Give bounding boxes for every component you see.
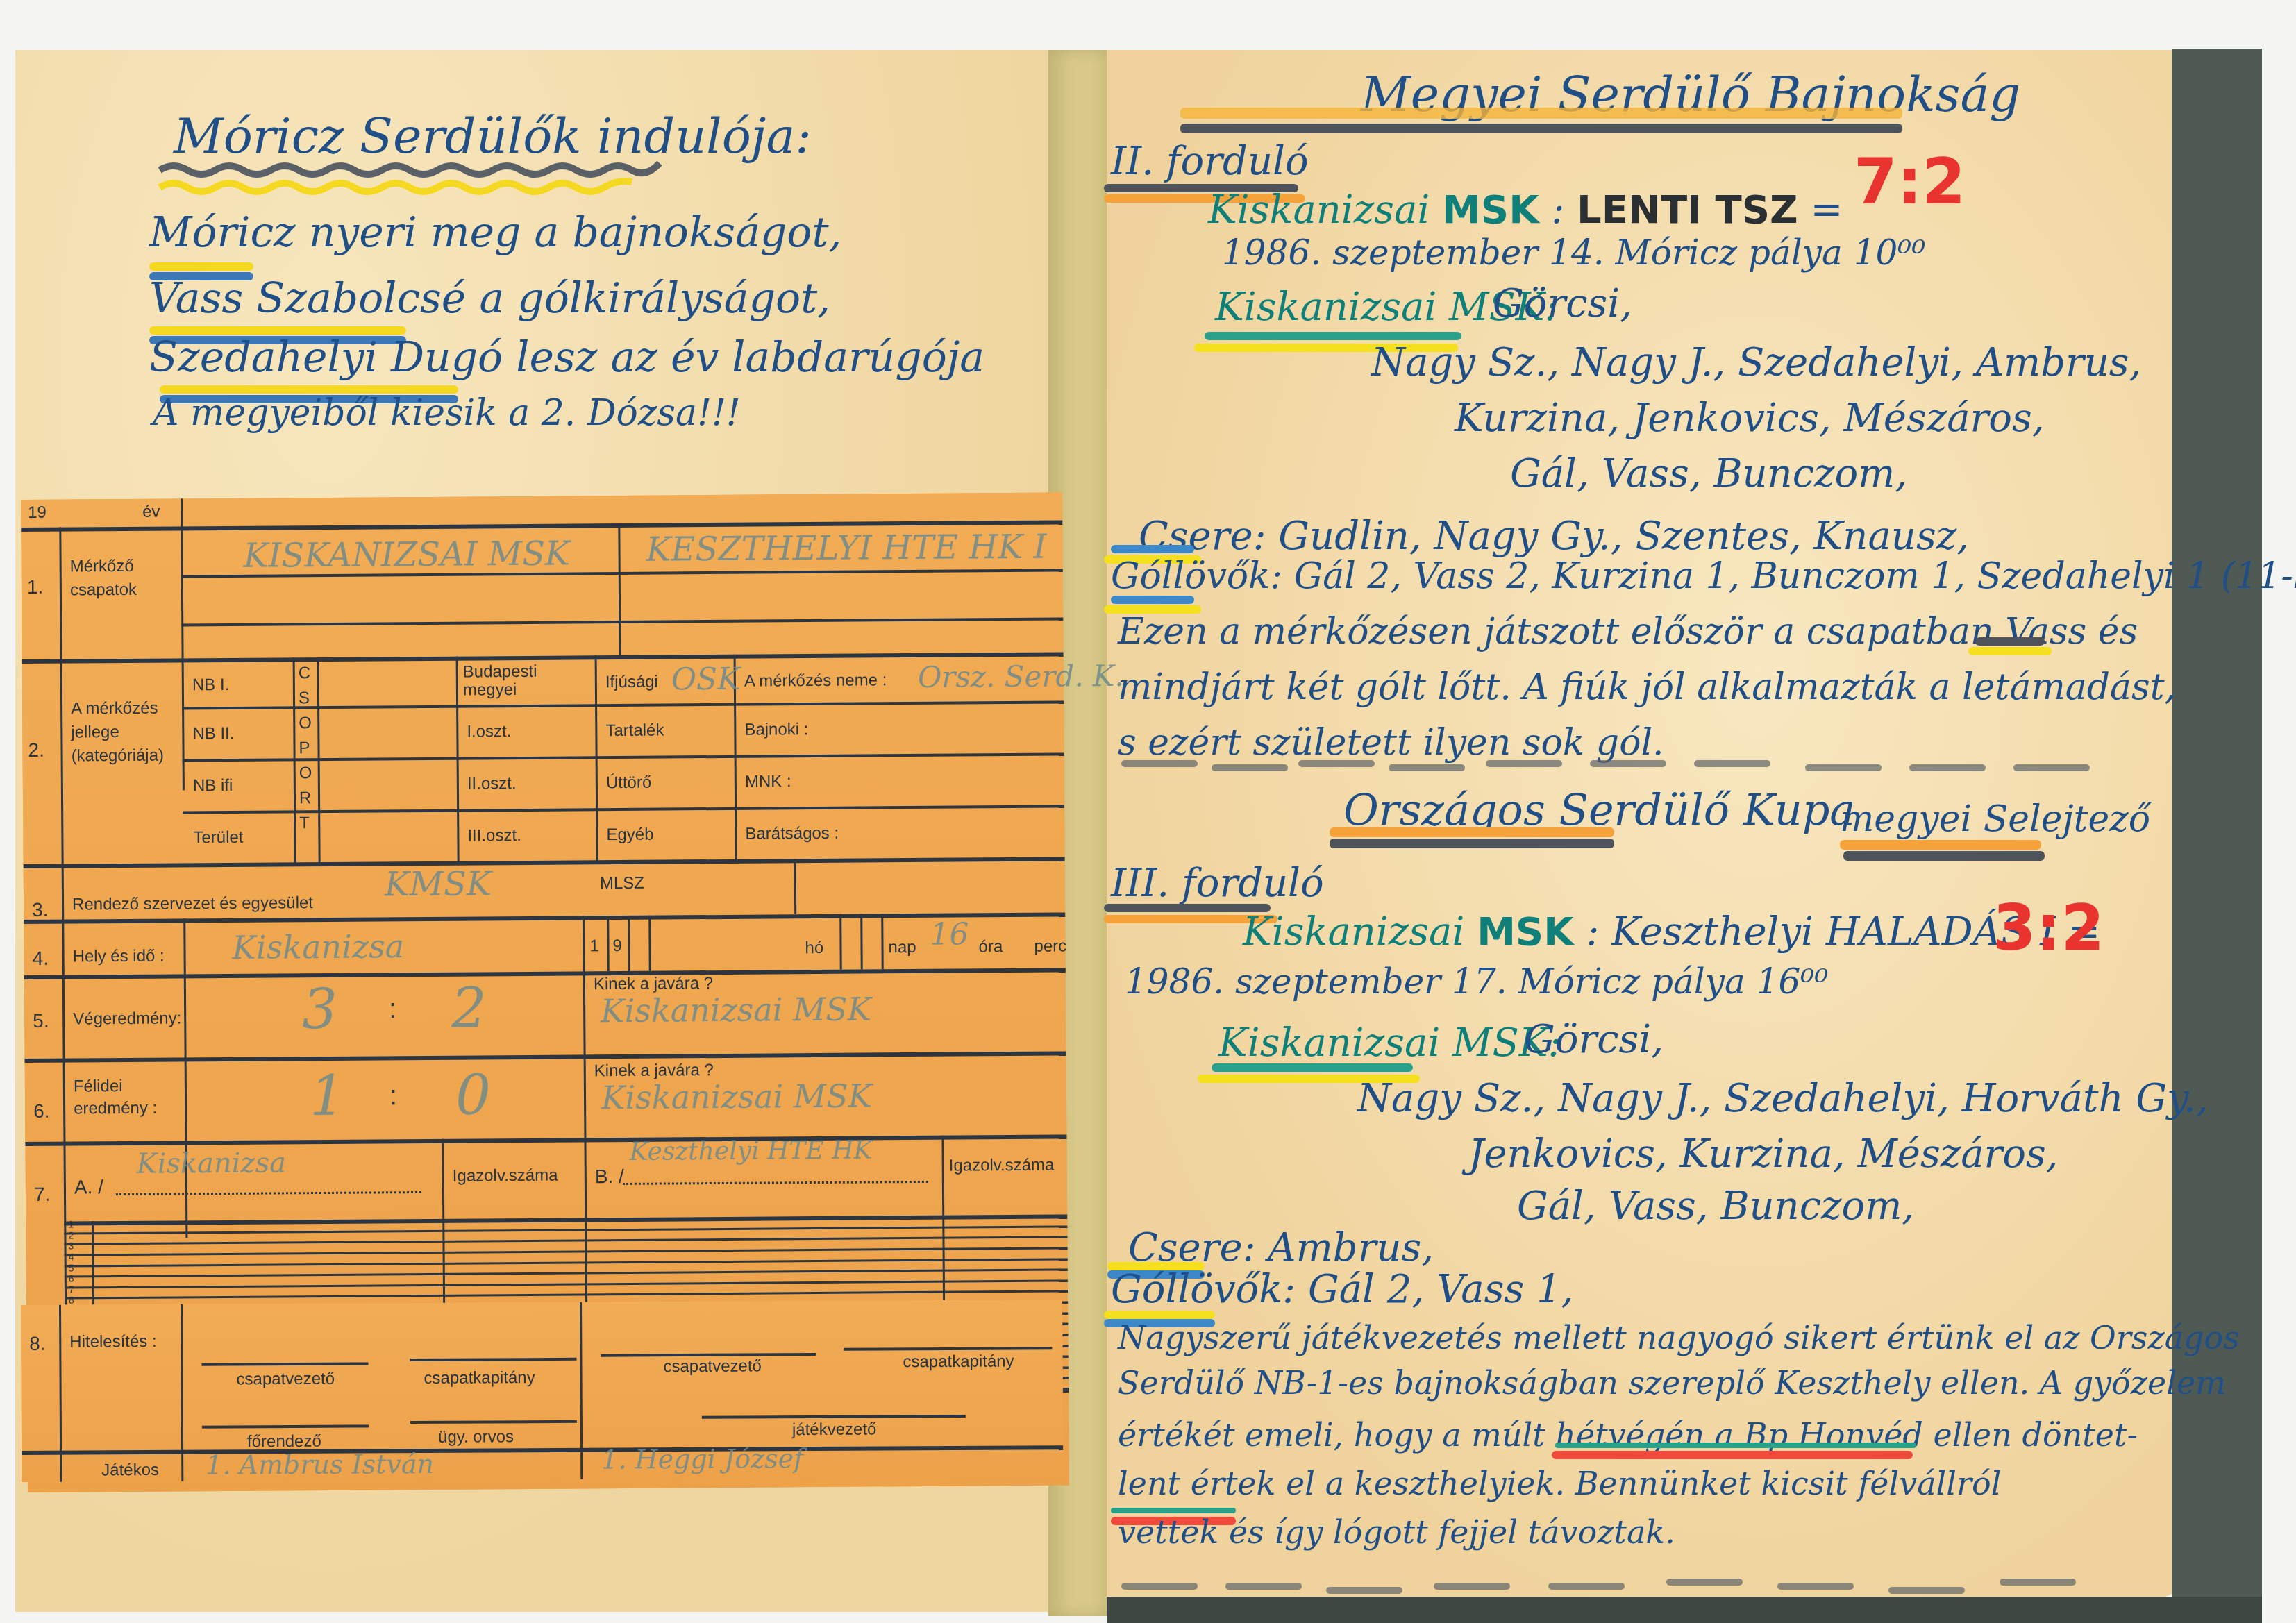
highlight: [1111, 545, 1194, 553]
highlight: [1111, 1508, 1236, 1513]
comment-line: Nagyszerű játékvezetés mellett nagyogó s…: [1118, 1319, 2240, 1356]
ev-label: év: [142, 503, 160, 522]
lineup-line: Gál, Vass, Bunczom,: [1510, 451, 1907, 496]
organizer-written: KMSK: [385, 864, 492, 904]
comment-line: lent értek el a keszthelyiek. Bennünket …: [1118, 1465, 2001, 1502]
half-score-sep: :: [389, 1080, 397, 1111]
dash-mark: [1434, 1583, 1510, 1590]
player-row-number: 4: [69, 1251, 74, 1262]
dash-mark: [1590, 760, 1666, 767]
dash-mark: [1389, 764, 1465, 771]
highlight: [1552, 1451, 1913, 1459]
dash-mark: [1486, 760, 1562, 767]
left-note-line-3: Szedahelyi Dugó lesz az év labdarúgója: [149, 333, 984, 382]
dash-mark: [1121, 760, 1198, 767]
scorers-label: Góllövők:: [1111, 555, 1282, 597]
comment-line: s ezért született ilyen sok gól.: [1118, 722, 1664, 764]
row7-num: 7.: [34, 1184, 51, 1206]
dash-mark: [1298, 760, 1375, 767]
highlight: [1111, 596, 1194, 604]
half-favor-written: Kiskanizsai MSK: [601, 1077, 872, 1116]
lineup-line: Görcsi,: [1524, 1017, 1664, 1062]
highlight: [1180, 124, 1902, 133]
sig-jatekvezeto: játékvezető: [792, 1420, 877, 1440]
player-row-number: 2: [68, 1229, 74, 1241]
cat-uttoro: Úttörő: [606, 773, 652, 793]
round-2-score: 7:2: [1854, 146, 1966, 219]
cup-subtitle: megyei Selejtező: [1840, 798, 2150, 840]
cat-nb1: NB I.: [192, 675, 230, 695]
cat-egyeb: Egyéb: [606, 825, 653, 845]
round-3-score: 3:2: [1993, 892, 2104, 965]
highlight: [149, 262, 253, 271]
team-b-name-written: Keszthelyi HTE HK: [629, 1136, 872, 1166]
cat-ifjusagi: Ifjúsági: [605, 673, 658, 693]
away-team: Keszthelyi HALADÁS I: [1611, 909, 2055, 955]
round-3-fixture: Kiskanizsai MSK : Keszthelyi HALADÁS I =: [1243, 909, 2100, 955]
equals-sign: =: [1810, 187, 1843, 233]
lineup-label: Kiskanizsai MSK:: [1218, 1020, 1561, 1066]
scorers-list: Gál 2, Vass 2, Kurzina 1, Bunczom 1, Sze…: [1294, 555, 2296, 597]
row3-label: Rendező szervezet és egyesület: [72, 893, 313, 914]
player-row-number: 6: [69, 1273, 74, 1284]
highlight: [1330, 827, 1614, 837]
cat-nb2: NB II.: [192, 724, 234, 743]
cat-oszt1: I.oszt.: [467, 722, 511, 741]
player-b-written: 1. Heggi József: [601, 1443, 803, 1475]
dash-mark: [2000, 1579, 2076, 1586]
dash-mark: [1777, 1583, 1854, 1590]
player-row-number: 8: [69, 1295, 74, 1306]
player-row-number: 7: [69, 1284, 74, 1295]
fixture-separator: :: [1551, 187, 1564, 233]
notebook-cover-bottom: [1107, 1597, 2262, 1623]
sig-a-csapatkapitany: csapatkapitány: [424, 1368, 535, 1388]
dash-mark: [1326, 1587, 1402, 1594]
year-digit-1: 1: [589, 936, 599, 956]
home-team-abbr: MSK: [1477, 909, 1573, 955]
dash-mark: [1909, 764, 1986, 771]
cat-nbifi: NB ifi: [193, 776, 233, 796]
left-note-line-1: Móricz nyeri meg a bajnokságot,: [149, 208, 842, 257]
highlight: [1104, 1311, 1215, 1319]
highlight: [1212, 1063, 1413, 1072]
team-a-name-written: Kiskanizsa: [137, 1147, 287, 1180]
final-score-a: 3: [302, 977, 338, 1041]
row5-label: Végeredmény:: [73, 1009, 181, 1029]
round-2-scorers: Góllövők: Gál 2, Vass 2, Kurzina 1, Bunc…: [1111, 555, 2296, 597]
sig-a-csapatvezeto: csapatvezető: [236, 1370, 335, 1390]
away-team: LENTI TSZ: [1577, 187, 1798, 233]
row2-label: A mérkőzés jellege (kategóriája): [71, 696, 183, 768]
match-type-label: A mérkőzés neme :: [744, 671, 887, 691]
month-label: hó: [805, 939, 823, 958]
player-row-number: 1: [68, 1218, 74, 1229]
csoport-vertical-label: CSOPORT: [299, 661, 314, 836]
sig-ugy-orvos: ügy. orvos: [438, 1427, 514, 1447]
final-favor-written: Kiskanizsai MSK: [601, 990, 871, 1029]
type-mnk: MNK :: [745, 772, 791, 791]
id-number-header-a: Igazolv.száma: [453, 1166, 558, 1186]
highlight: [1840, 840, 2041, 850]
team-b-label: B. /: [595, 1166, 624, 1188]
dash-mark: [1225, 1583, 1302, 1590]
highlight: [1843, 851, 2045, 861]
round-2-date: 1986. szeptember 14. Móricz pálya 10⁰⁰: [1222, 233, 1925, 273]
player-a-written: 1. Ambrus István: [206, 1449, 434, 1481]
type-bajnoki: Bajnoki :: [744, 720, 808, 740]
row5-num: 5.: [33, 1010, 49, 1032]
id-number-header-b: Igazolv.száma: [949, 1156, 1055, 1176]
row9-label: Játékos: [101, 1461, 159, 1480]
day-label: nap: [888, 938, 916, 957]
ifjusagi-written: OSK: [671, 662, 740, 698]
lineup-line: Gál, Vass, Bunczom,: [1517, 1184, 1914, 1229]
comment-line: Ezen a mérkőzésen játszott először a csa…: [1118, 611, 2138, 653]
row2-num: 2.: [28, 739, 44, 762]
year-label: 19: [28, 503, 47, 523]
dash-mark: [2013, 764, 2090, 771]
round-2-subs: Csere: Gudlin, Nagy Gy., Szentes, Knausz…: [1139, 514, 1969, 559]
match-type-written: Orsz. Serd. K.: [918, 659, 1124, 694]
type-baratsagos: Barátságos :: [745, 824, 839, 844]
highlight: [1968, 647, 2052, 655]
left-note-line-4: A megyeiből kiesik a 2. Dózsa!!!: [153, 392, 741, 434]
highlight: [1180, 108, 1902, 119]
scorers-label: Góllövők:: [1111, 1267, 1296, 1312]
team-b-written: KESZTHELYI HTE HK I: [646, 528, 1046, 569]
dash-mark: [1888, 1587, 1965, 1594]
home-team: Kiskanizsai: [1208, 187, 1430, 233]
final-score-sep: :: [389, 993, 396, 1025]
subs-list: Gudlin, Nagy Gy., Szentes, Knausz,: [1278, 514, 1969, 559]
row1-label: Mérkőző csapatok: [70, 554, 174, 602]
cat-budapesti-megyei: Budapesti megyei: [463, 662, 588, 699]
minute-label: perc: [1034, 937, 1066, 957]
row4-label: Hely és idő :: [73, 947, 165, 967]
cat-oszt3: III.oszt.: [467, 826, 521, 846]
match-report-form-signatures: 8. Hitelesítés : csapatvezető csapatkapi…: [21, 1300, 1063, 1482]
cat-terulet: Terület: [193, 828, 243, 848]
sig-b-csapatvezeto: csapatvezető: [663, 1356, 762, 1377]
comment-line: mindjárt két gólt lőtt. A fiúk jól alkal…: [1118, 666, 2176, 708]
row6-label: Félidei eredmény :: [74, 1075, 178, 1120]
dash-mark: [1121, 1583, 1198, 1590]
highlight: [1555, 1443, 1916, 1448]
row6-num: 6.: [33, 1100, 50, 1122]
highlight: [1330, 839, 1614, 848]
row4-num: 4.: [33, 948, 49, 970]
fixture-separator: :: [1586, 909, 1599, 955]
lineup-line: Jenkovics, Kurzina, Mészáros,: [1468, 1132, 2059, 1177]
final-score-b: 2: [451, 975, 487, 1040]
dash-mark: [1805, 764, 1882, 771]
highlight: [1975, 637, 2045, 646]
round-3-scorers: Góllövők: Gál 2, Vass 1,: [1111, 1267, 1573, 1312]
round-2-heading: II. forduló: [1111, 139, 1309, 184]
lineup-line: Nagy Sz., Nagy J., Szedahelyi, Ambrus,: [1371, 340, 2141, 385]
home-team-abbr: MSK: [1442, 187, 1539, 233]
half-score-a: 1: [310, 1063, 346, 1128]
dash-mark: [1548, 1583, 1625, 1590]
round-3-date: 1986. szeptember 17. Móricz pálya 16⁰⁰: [1125, 961, 1828, 1002]
dash-mark: [1666, 1579, 1743, 1586]
title-wavy-underline: [153, 156, 708, 198]
scorers-list: Gál 2, Vass 1,: [1308, 1267, 1573, 1312]
cat-tartalek: Tartalék: [605, 721, 664, 741]
day-written: 16: [930, 916, 969, 952]
year-digit-2: 9: [612, 936, 622, 956]
player-row-number: 5: [69, 1262, 74, 1273]
comment-line: Serdülő NB-1-es bajnokságban szereplő Ke…: [1118, 1364, 2226, 1402]
half-score-b: 0: [455, 1062, 492, 1127]
lineup-line: Görcsi,: [1493, 281, 1632, 326]
lineup-line: Kurzina, Jenkovics, Mészáros,: [1455, 396, 2045, 441]
dash-mark: [1212, 764, 1288, 771]
highlight: [1205, 332, 1461, 340]
row8-label: Hitelesítés :: [69, 1332, 157, 1352]
home-team: Kiskanizsai: [1243, 909, 1464, 955]
player-row-number: 3: [68, 1241, 74, 1252]
lineup-line: Nagy Sz., Nagy J., Szedahelyi, Horváth G…: [1357, 1076, 2209, 1121]
row8-num: 8.: [29, 1333, 46, 1355]
row1-num: 1.: [27, 576, 44, 598]
mlsz-label: MLSZ: [600, 874, 644, 893]
team-a-written: KISKANIZSAI MSK: [243, 534, 570, 575]
row3-num: 3.: [32, 899, 49, 921]
comment-line: vettek és így lógott fejjel távoztak.: [1118, 1513, 1675, 1551]
cat-oszt2: II.oszt.: [467, 774, 517, 793]
team-a-label: A. /: [74, 1176, 103, 1198]
sig-b-csapatkapitany: csapatkapitány: [903, 1352, 1014, 1372]
round-3-lineup-label: Kiskanizsai MSK:: [1218, 1020, 1561, 1066]
place-written: Kiskanizsa: [232, 927, 404, 966]
hour-label: óra: [978, 937, 1003, 957]
round-3-heading: III. forduló: [1111, 861, 1324, 906]
round-2-fixture: Kiskanizsai MSK : LENTI TSZ =: [1208, 187, 1843, 233]
subs-list: Ambrus,: [1268, 1225, 1434, 1270]
dash-mark: [1694, 760, 1770, 767]
left-note-line-2: Vass Szabolcsé a gólkirályságot,: [149, 274, 830, 323]
